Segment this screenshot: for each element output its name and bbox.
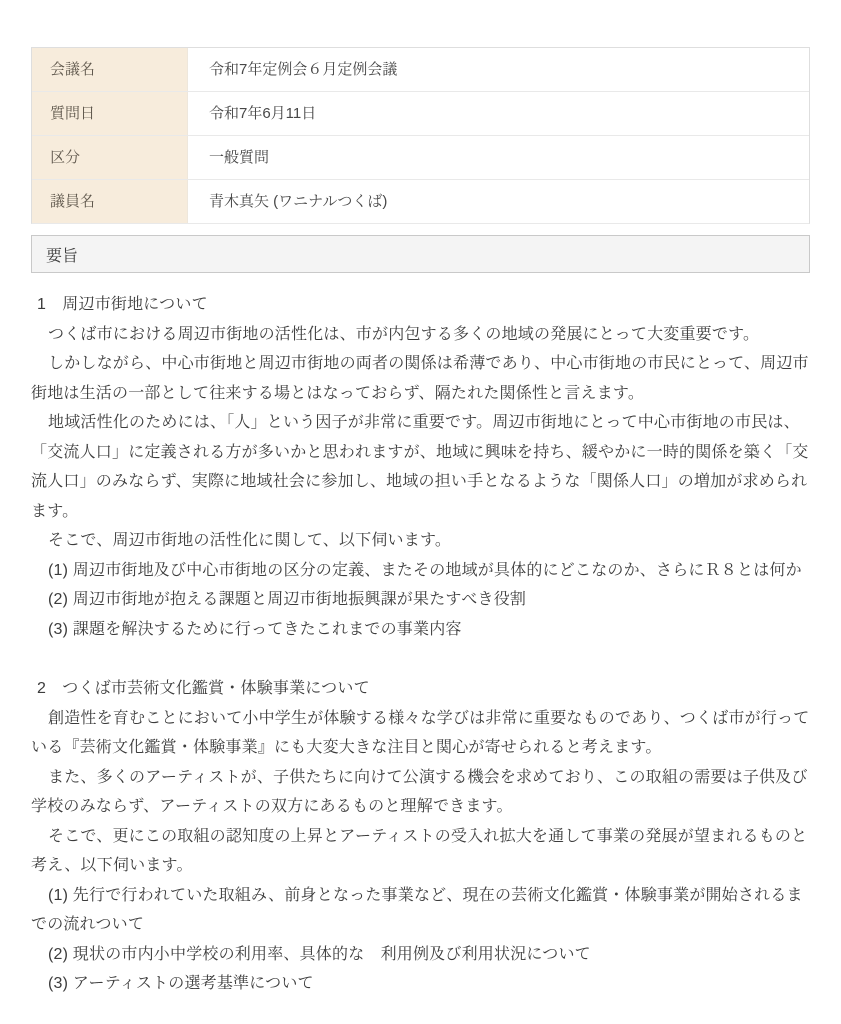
summary-body: 1 周辺市街地について つくば市における周辺市街地の活性化は、市が内包する多くの… bbox=[31, 290, 810, 999]
paragraph: そこで、更にこの取組の認知度の上昇とアーティストの受入れ拡大を通して事業の発展が… bbox=[31, 822, 810, 881]
meeting-name-value: 令和7年定例会６月定例会議 bbox=[188, 48, 809, 91]
question-date-value: 令和7年6月11日 bbox=[188, 92, 809, 135]
member-name-label: 議員名 bbox=[32, 180, 188, 223]
summary-title: 要旨 bbox=[46, 248, 78, 265]
paragraph: しかしながら、中心市街地と周辺市街地の両者の関係は希薄であり、中心市街地の市民に… bbox=[31, 349, 810, 408]
summary-header: 要旨 bbox=[31, 235, 810, 273]
table-row: 質問日 令和7年6月11日 bbox=[32, 92, 809, 136]
section-2-heading: 2 つくば市芸術文化鑑賞・体験事業について bbox=[31, 674, 810, 704]
section-2: 2 つくば市芸術文化鑑賞・体験事業について 創造性を育むことにおいて小中学生が体… bbox=[31, 674, 810, 999]
question-item-3: (3) 課題を解決するために行ってきたこれまでの事業内容 bbox=[31, 615, 810, 645]
paragraph: 創造性を育むことにおいて小中学生が体験する様々な学びは非常に重要なものであり、つ… bbox=[31, 704, 810, 763]
table-row: 議員名 青木真矢 (ワニナルつくば) bbox=[32, 180, 809, 223]
section-1: 1 周辺市街地について つくば市における周辺市街地の活性化は、市が内包する多くの… bbox=[31, 290, 810, 644]
paragraph: つくば市における周辺市街地の活性化は、市が内包する多くの地域の発展にとって大変重… bbox=[31, 320, 810, 350]
category-value: 一般質問 bbox=[188, 136, 809, 179]
question-date-label: 質問日 bbox=[32, 92, 188, 135]
question-item-1: (1) 先行で行われていた取組み、前身となった事業など、現在の芸術文化鑑賞・体験… bbox=[31, 881, 810, 940]
section-1-heading: 1 周辺市街地について bbox=[31, 290, 810, 320]
question-item-2: (2) 周辺市街地が抱える課題と周辺市街地振興課が果たすべき役割 bbox=[31, 585, 810, 615]
paragraph: そこで、周辺市街地の活性化に関して、以下伺います。 bbox=[31, 526, 810, 556]
paragraph: 地域活性化のためには、「人」という因子が非常に重要です。周辺市街地にとって中心市… bbox=[31, 408, 810, 526]
category-label: 区分 bbox=[32, 136, 188, 179]
table-row: 区分 一般質問 bbox=[32, 136, 809, 180]
table-row: 会議名 令和7年定例会６月定例会議 bbox=[32, 48, 809, 92]
document-page: 会議名 令和7年定例会６月定例会議 質問日 令和7年6月11日 区分 一般質問 … bbox=[0, 0, 841, 999]
meeting-name-label: 会議名 bbox=[32, 48, 188, 91]
meeting-info-table: 会議名 令和7年定例会６月定例会議 質問日 令和7年6月11日 区分 一般質問 … bbox=[31, 47, 810, 224]
paragraph: また、多くのアーティストが、子供たちに向けて公演する機会を求めており、この取組の… bbox=[31, 763, 810, 822]
question-item-3: (3) アーティストの選考基準について bbox=[31, 969, 810, 999]
question-item-1: (1) 周辺市街地及び中心市街地の区分の定義、またその地域が具体的にどこなのか、… bbox=[31, 556, 810, 586]
member-name-value: 青木真矢 (ワニナルつくば) bbox=[188, 180, 809, 223]
question-item-2: (2) 現状の市内小中学校の利用率、具体的な 利用例及び利用状況について bbox=[31, 940, 810, 970]
